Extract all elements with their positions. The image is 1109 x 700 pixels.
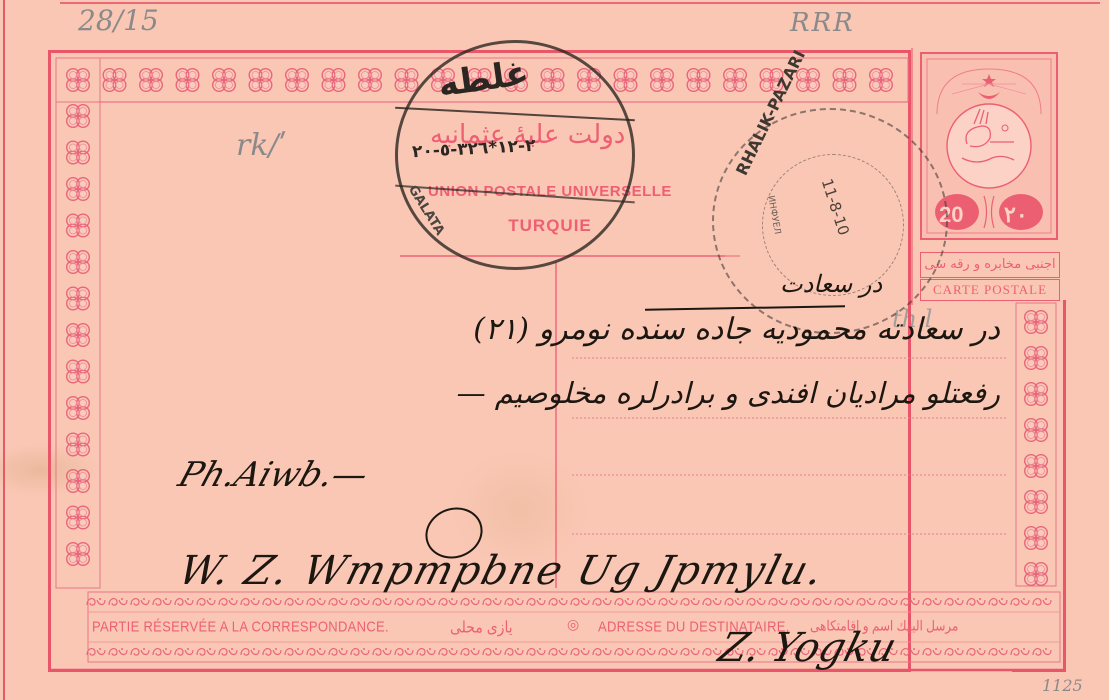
- rhalik-pazari-postmark: RHALIK-PAZARI 11-8-10 ИНФУЕЛ: [712, 108, 948, 334]
- correspondence-label-ottoman: يازى محلى: [450, 618, 513, 638]
- handwritten-address-line-2: رفعتلو مراديان افندى و برادرلره مخلوصيم …: [40, 376, 1000, 410]
- handwritten-greek-line: Ph.Aiwb.—: [174, 455, 374, 495]
- postmark-date: ٢-١٢*٣٢٦-٥-٢٠: [412, 136, 536, 162]
- handwritten-address-line-1: در سعادته محموديه جاده سنده نومرو (٢١): [70, 312, 1000, 347]
- handwritten-address-heading: در سعادت: [780, 270, 882, 298]
- handwritten-armenian-line: W. Z. Wmpmpbne Ug Jpmylu.: [174, 548, 830, 594]
- indicium-value-arabic: ٢٠: [1004, 202, 1028, 228]
- postcard: 28/15 RRR rk/ʹ th.l 1125: [0, 0, 1109, 700]
- handwritten-signature: Z. Yogku: [714, 625, 901, 671]
- indicium-label-french: CARTE POSTALE: [920, 279, 1060, 301]
- correspondence-label: PARTIE RÉSERVÉE A LA CORRESPONDANCE.: [92, 618, 389, 635]
- ottoman-postmark: غلطه ٢-١٢*٣٢٦-٥-٢٠ GALATA: [395, 40, 635, 270]
- divider-ornament-icon: ◎: [567, 617, 579, 633]
- postmark-town: غلطه: [436, 53, 532, 105]
